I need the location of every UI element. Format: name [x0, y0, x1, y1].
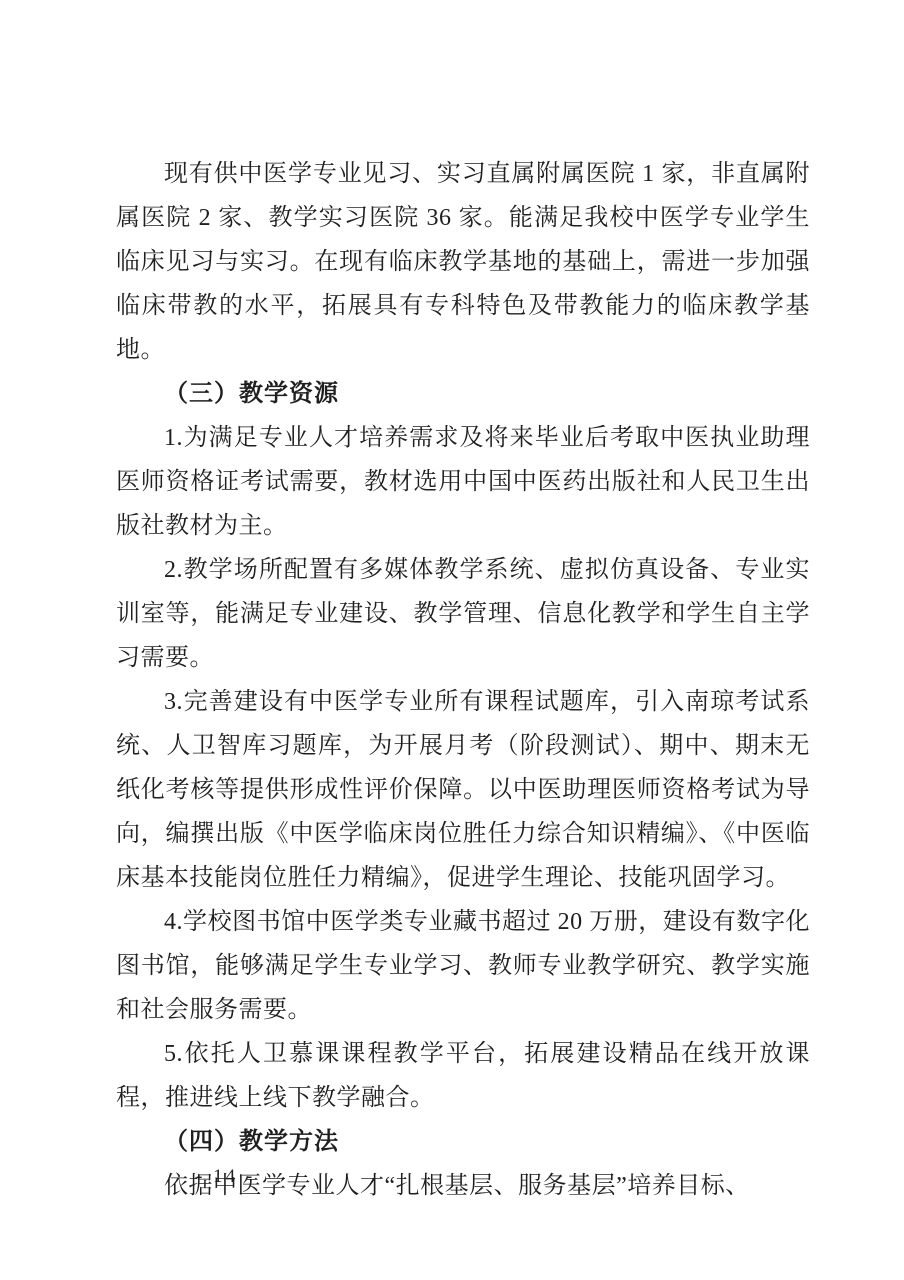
paragraph: 现有供中医学专业见习、实习直属附属医院 1 家，非直属附属医院 2 家、教学实习…	[116, 152, 810, 372]
paragraph: 1.为满足专业人才培养需求及将来毕业后考取中医执业助理医师资格证考试需要，教材选…	[116, 416, 810, 548]
paragraph: 5.依托人卫慕课课程教学平台，拓展建设精品在线开放课程，推进线上线下教学融合。	[116, 1032, 810, 1120]
section-heading: （四）教学方法	[116, 1120, 810, 1164]
section-heading: （三）教学资源	[116, 372, 810, 416]
paragraph: 2.教学场所配置有多媒体教学系统、虚拟仿真设备、专业实训室等，能满足专业建设、教…	[116, 548, 810, 680]
page-number: - 14 -	[196, 1166, 255, 1188]
document-body: 现有供中医学专业见习、实习直属附属医院 1 家，非直属附属医院 2 家、教学实习…	[116, 152, 810, 1208]
paragraph: 4.学校图书馆中医学类专业藏书超过 20 万册，建设有数字化图书馆，能够满足学生…	[116, 900, 810, 1032]
paragraph: 3.完善建设有中医学专业所有课程试题库，引入南琼考试系统、人卫智库习题库，为开展…	[116, 680, 810, 900]
document-page: 现有供中医学专业见习、实习直属附属医院 1 家，非直属附属医院 2 家、教学实习…	[0, 0, 904, 1280]
